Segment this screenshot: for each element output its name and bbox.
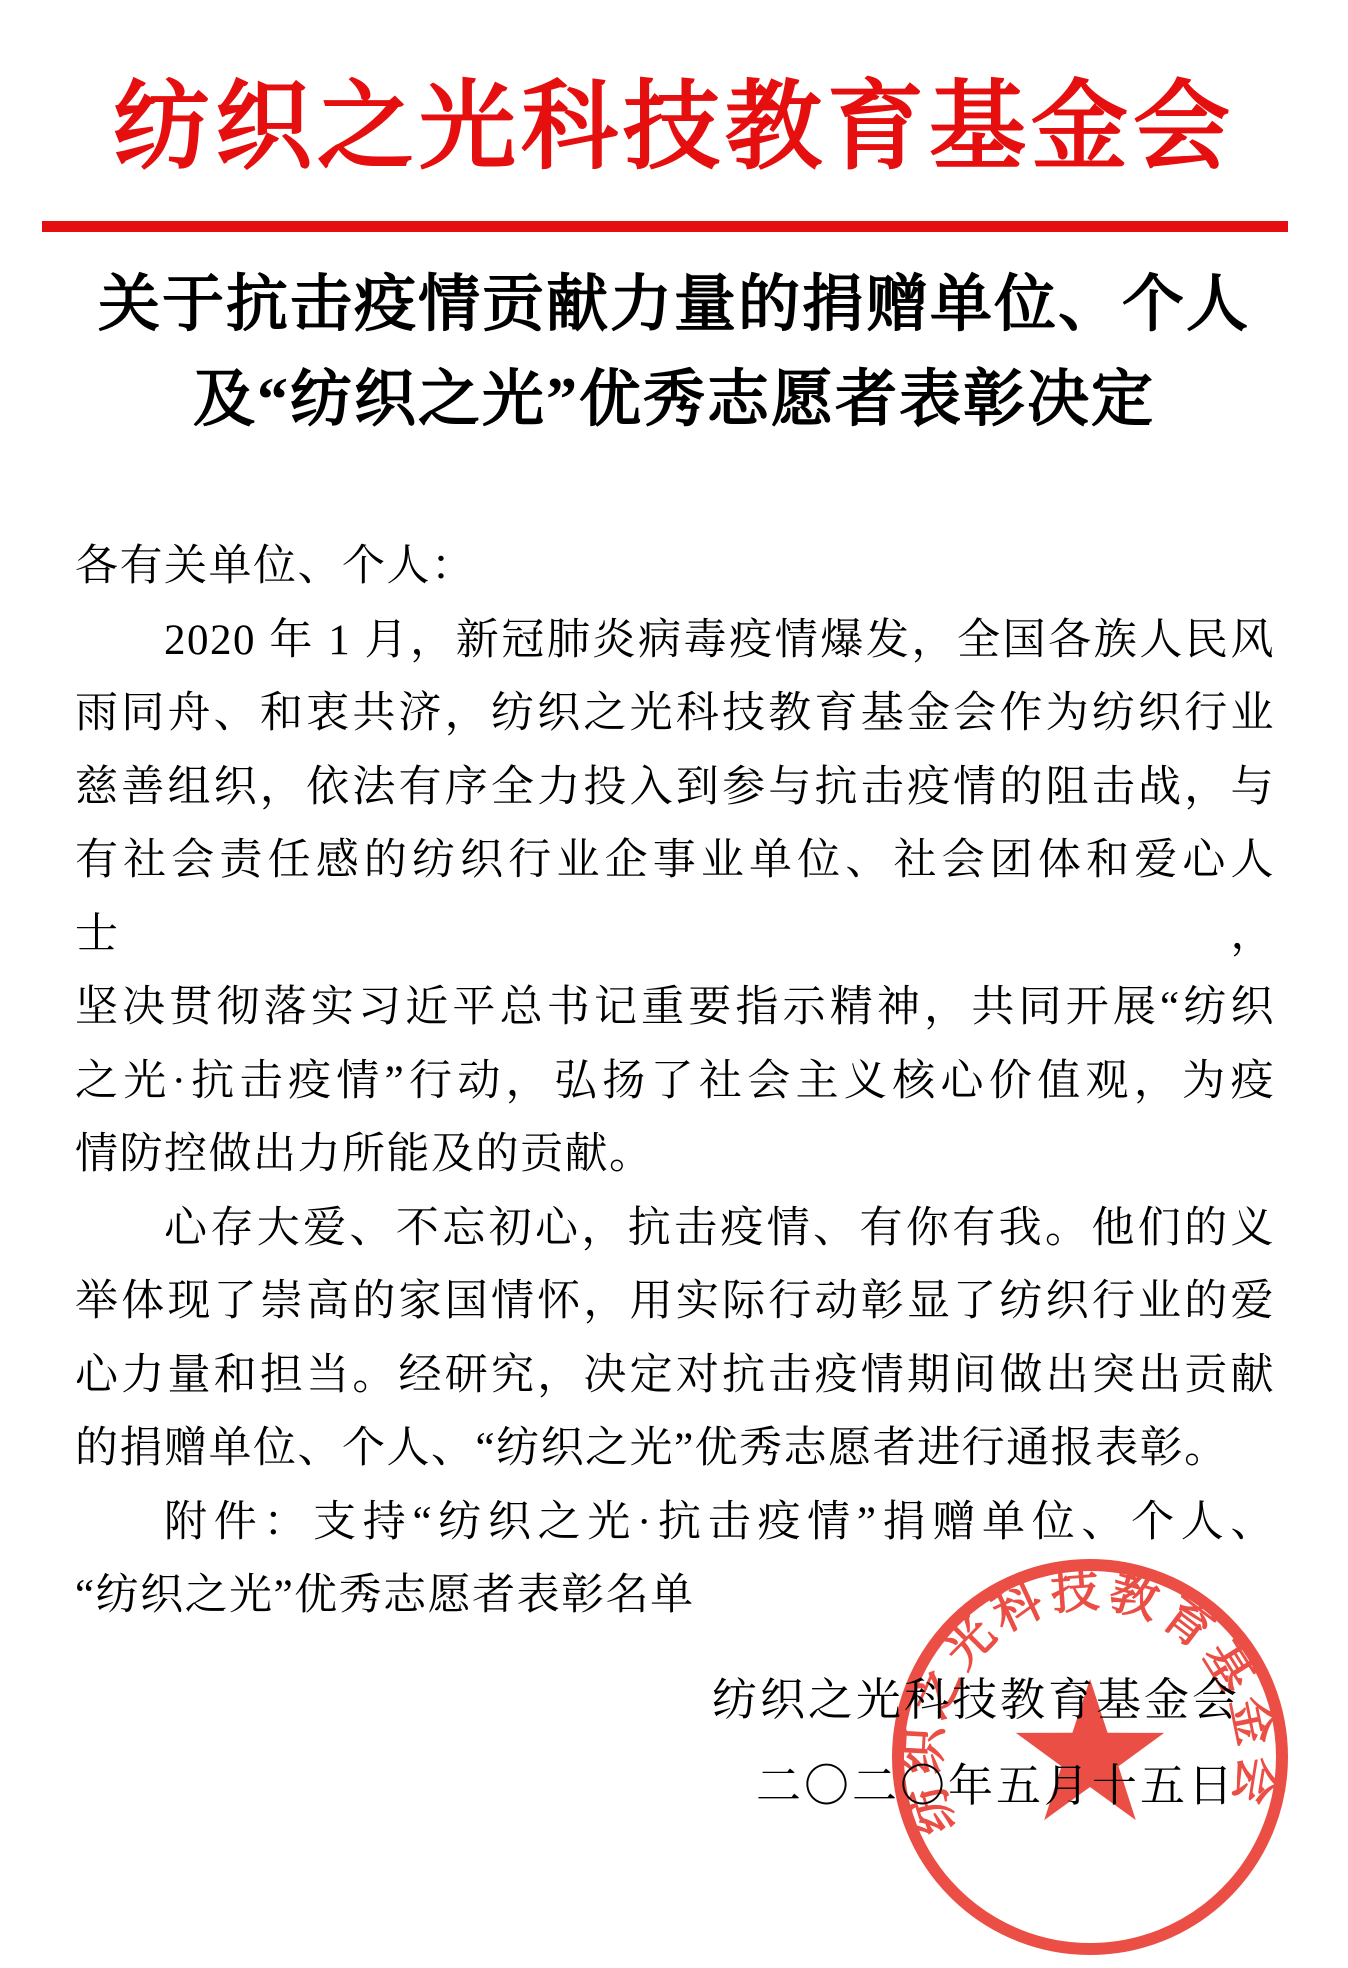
document-title: 关于抗击疫情贡献力量的捐赠单位、个人 及“纺织之光”优秀志愿者表彰决定 xyxy=(0,258,1348,448)
body-line: 坚决贯彻落实习近平总书记重要指示精神，共同开展“纺织 xyxy=(75,971,1275,1045)
body-line: 2020 年 1 月，新冠肺炎病毒疫情爆发，全国各族人民风 xyxy=(75,604,1275,678)
body-line: 的捐赠单位、个人、“纺织之光”优秀志愿者进行通报表彰。 xyxy=(75,1412,1275,1486)
body-line: 附件：支持“纺织之光·抗击疫情”捐赠单位、个人、 xyxy=(75,1486,1275,1560)
body-lines: 各有关单位、个人： 2020 年 1 月，新冠肺炎病毒疫情爆发，全国各族人民风雨… xyxy=(75,530,1275,1633)
body-line: 有社会责任感的纺织行业企事业单位、社会团体和爱心人士， xyxy=(75,824,1275,971)
body-line: 心力量和担当。经研究，决定对抗击疫情期间做出突出贡献 xyxy=(75,1339,1275,1413)
body-line: 心存大爱、不忘初心，抗击疫情、有你有我。他们的义 xyxy=(75,1192,1275,1266)
seal-star-icon xyxy=(1016,1679,1164,1820)
salutation-line: 各有关单位、个人： xyxy=(75,530,1275,604)
official-seal-stamp: 纺织之光科技教育基金会 xyxy=(885,1552,1295,1962)
body-line: 举体现了崇高的家国情怀，用实际行动彰显了纺织行业的爱 xyxy=(75,1265,1275,1339)
body-line: 雨同舟、和衷共济，纺织之光科技教育基金会作为纺织行业 xyxy=(75,677,1275,751)
body-line: 情防控做出力所能及的贡献。 xyxy=(75,1118,1275,1192)
org-header-title: 纺织之光科技教育基金会 xyxy=(0,48,1348,188)
header-divider-rule xyxy=(42,221,1288,232)
body-line: 慈善组织，依法有序全力投入到参与抗击疫情的阻击战，与 xyxy=(75,751,1275,825)
document-page: 纺织之光科技教育基金会 关于抗击疫情贡献力量的捐赠单位、个人 及“纺织之光”优秀… xyxy=(0,0,1348,1968)
document-title-line1: 关于抗击疫情贡献力量的捐赠单位、个人 xyxy=(0,258,1348,353)
body-line: 之光·抗击疫情”行动，弘扬了社会主义核心价值观，为疫 xyxy=(75,1045,1275,1119)
document-title-line2: 及“纺织之光”优秀志愿者表彰决定 xyxy=(0,353,1348,448)
